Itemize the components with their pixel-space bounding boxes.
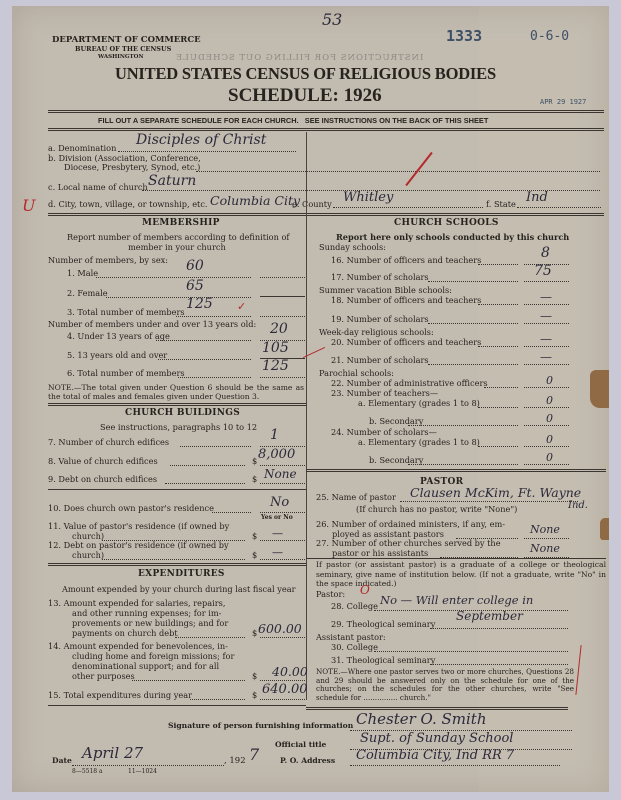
q24a-field[interactable]: 0 [546,433,553,446]
membership-note: NOTE.—The total given under Question 6 s… [48,383,304,401]
classification-code: 0-6-0 [530,29,569,44]
denomination-line [118,151,296,152]
dotted-leader [478,304,518,305]
paper-tear [590,370,609,408]
check-mark: ✓ [237,300,246,313]
membership-heading: MEMBERSHIP [142,218,220,228]
q14-label-4: other purposes [72,671,135,681]
received-date-stamp: APR 29 1927 [540,98,586,106]
answer-line [260,512,305,513]
document-title: UNITED STATES CENSUS OF RELIGIOUS BODIES [115,64,496,84]
dollar-sign: $ [252,531,257,541]
form-code: 8—5518 a [72,768,103,775]
q30-field[interactable] [374,651,568,652]
edifices-debt-label: 9. Debt on church edifices [48,474,157,484]
local-name-label: c. Local name of church [48,182,148,192]
dotted-leader [478,264,518,265]
q20-label: 20. Number of officers and teachers [331,337,481,347]
margin-mark: U [22,196,35,215]
dollar-sign: $ [252,671,257,681]
red-circle-mark: O [360,583,370,597]
dotted-leader [175,637,245,638]
dotted-leader [96,277,251,278]
under-13-field[interactable]: 20 [270,321,288,337]
q18-field[interactable]: — [540,290,552,304]
edifices-count-label: 7. Number of church edifices [48,437,169,447]
answer-line [524,281,569,282]
dotted-leader [180,446,251,447]
local-name-field[interactable]: Saturn [148,173,196,189]
dotted-leader [158,359,251,360]
city-label: d. City, town, village, or township, etc… [48,199,208,209]
dotted-leader [428,281,518,282]
schools-heading: CHURCH SCHOOLS [394,218,499,228]
divider [306,558,606,559]
divider [48,128,604,131]
division-field[interactable] [196,171,600,172]
q22-label: 22. Number of administrative officers [331,378,488,388]
bleed-through-text: INSTRUCTIONS FOR FILLING OUT SCHEDULE [175,53,423,63]
over-13-label: 5. 13 years old and over [67,350,167,360]
official-title-field[interactable]: Supt. of Sunday School [360,731,513,746]
q27-label: 27. Number of other churches served by t… [316,538,501,548]
q15-field[interactable]: 640.00 [262,682,308,697]
dotted-leader [478,407,518,408]
weekday-schools-label: Week-day religious schools: [319,327,434,337]
stamp-number: 1333 [446,27,482,45]
q27-field[interactable]: None [530,542,560,555]
total-members-age-field[interactable]: 125 [262,358,289,374]
owns-residence-field[interactable]: No [270,495,289,510]
answer-line [260,465,305,466]
answer-line [524,346,569,347]
year-field[interactable]: 7 [249,745,259,764]
q28-field[interactable]: No — Will enter college in [380,593,533,607]
residence-value-field[interactable]: — [272,527,283,540]
dotted-leader [478,346,518,347]
summer-schools-label: Summer vacation Bible schools: [319,285,452,295]
residence-debt-label: 12. Debt on pastor's residence (if owned… [48,540,229,550]
division-label-2: Diocese, Presbytery, Synod, etc.) [64,162,200,172]
answer-line [524,304,569,305]
answer-line [524,464,569,465]
dollar-sign: $ [252,456,257,466]
female-label: 2. Female [67,288,108,298]
male-label: 1. Male [67,268,98,278]
answer-line [524,323,569,324]
q28-label: 28. College [331,601,378,611]
residence-value-label: 11. Value of pastor's residence (if owne… [48,521,229,531]
edifices-count-field[interactable]: 1 [270,427,279,443]
q14-field[interactable]: 40.00 [272,664,308,679]
divider [48,563,306,566]
dotted-leader [170,465,245,466]
state-field[interactable]: Ind [526,190,548,205]
answer-line [524,364,569,365]
q14-label-2: cluding home and foreign missions; for [72,651,234,661]
answer-line [260,377,305,378]
q14-label: 14. Amount expended for benevolences, in… [48,641,228,651]
state-line [517,207,601,208]
total-members-field[interactable]: 125 [186,296,213,312]
q13-field[interactable]: 600.00 [258,621,302,636]
under-13-label: 4. Under 13 years of age [67,331,170,341]
q27-label-2: pastor or his assistants [332,548,428,558]
dotted-leader [484,387,518,388]
bureau-name: BUREAU OF THE CENSUS [75,45,171,53]
dotted-leader [190,699,245,700]
members-by-age-label: Number of members under and over 13 year… [48,319,256,329]
answer-line [260,699,305,700]
edifices-debt-field[interactable]: None [264,467,297,481]
signature-label: Signature of person furnishing informati… [168,721,353,730]
official-title-label: Official title [275,740,326,749]
denomination-field[interactable]: Disciples of Christ [136,132,266,148]
county-line [333,207,483,208]
print-code: 11—1024 [128,768,157,775]
dollar-sign: $ [252,690,257,700]
buildings-heading: CHURCH BUILDINGS [125,408,240,418]
dotted-leader [428,364,518,365]
q19-label: 19. Number of scholars [331,314,429,324]
year-prefix: , 192 [224,756,246,766]
q23-label: 23. Number of teachers— [331,388,438,398]
county-label: e. County [292,199,332,209]
answer-line [260,680,305,681]
residence-debt-label-2: church) [72,550,104,560]
dollar-sign: $ [252,550,257,560]
q15-label: 15. Total expenditures during year [48,690,192,700]
dotted-leader [400,501,578,502]
paper-tear [600,518,609,540]
dotted-leader [408,464,518,465]
dotted-leader [102,559,245,560]
dotted-leader [176,316,251,317]
answer-line [260,296,305,297]
membership-subtitle-2: member in your church [128,242,226,252]
dotted-leader [178,377,251,378]
residence-debt-field[interactable]: — [272,546,283,559]
dotted-leader [106,297,251,298]
po-address-label: P. O. Address [280,756,335,765]
answer-line [260,559,305,560]
answer-line [260,277,305,278]
q31-field[interactable] [430,664,568,665]
denomination-label: a. Denomination [48,143,116,153]
yes-no-hint: Yes or No [261,514,293,521]
answer-line [524,387,569,388]
q29-label: 29. Theological seminary [331,619,435,629]
q26-label: 26. Number of ordained ministers, if any… [316,519,505,529]
q18-label: 18. Number of officers and teachers [331,295,481,305]
q16-field[interactable]: 8 [541,245,550,261]
owns-residence-label: 10. Does church own pastor's residence [48,503,214,513]
q24-label: 24. Number of scholars— [331,427,437,437]
answer-line [260,483,305,484]
po-address-line [350,765,560,766]
pastor-name-field-2: Ind. [568,500,588,511]
q26-field[interactable]: None [530,523,560,536]
dotted-leader [132,680,245,681]
q16-label: 16. Number of officers and teachers [331,255,481,265]
female-field[interactable]: 65 [186,278,204,294]
male-field[interactable]: 60 [186,258,204,274]
column-divider [306,132,307,700]
divider [306,469,606,472]
q24a-label: a. Elementary (grades 1 to 8) [358,437,480,447]
total-members-age-label: 6. Total number of members [67,368,185,378]
answer-line [524,407,569,408]
document-subtitle: SCHEDULE: 1926 [228,85,382,107]
divider [48,705,306,706]
dotted-leader [408,425,518,426]
edifices-value-label: 8. Value of church edifices [48,456,158,466]
q23a-field[interactable]: 0 [546,394,553,407]
q17-field[interactable]: 75 [534,263,552,279]
date-line [72,765,224,766]
q24b-field[interactable]: 0 [546,451,553,464]
answer-line [260,637,305,638]
sunday-schools-label: Sunday schools: [319,242,386,252]
po-address-field[interactable]: Columbia City, Ind RR 7 [356,748,514,763]
dotted-leader [212,512,251,513]
total-members-label: 3. Total number of members [67,307,185,317]
q17-label: 17. Number of scholars [331,272,429,282]
state-label: f. State [486,199,516,209]
members-by-sex-label: Number of members, by sex: [48,255,168,265]
divider [48,213,604,216]
q20-field[interactable]: — [540,332,552,346]
answer-line [524,446,569,447]
q30-label: 30. College [331,642,378,652]
answer-line [260,540,305,541]
edifices-value-field[interactable]: 8,000 [258,447,295,462]
city-field[interactable]: Columbia City [210,193,300,208]
expenditures-heading: EXPENDITURES [138,569,225,579]
instruction-line: FILL OUT A SEPARATE SCHEDULE FOR EACH CH… [98,116,488,125]
dotted-leader [428,323,518,324]
divider [48,403,306,406]
dotted-leader [156,340,251,341]
assistant-pastor-subheading: Assistant pastor: [316,632,386,642]
answer-line [524,425,569,426]
divider [48,110,604,113]
q29-field[interactable]: September [456,609,523,623]
answer-line [260,316,305,317]
dotted-leader [165,483,245,484]
date-label: Date [52,756,72,765]
q22-field[interactable]: 0 [546,374,553,387]
signature-field[interactable]: Chester O. Smith [356,710,487,728]
dotted-leader [478,446,518,447]
dotted-leader [430,628,568,629]
q13-label-4: payments on church debt [72,628,178,638]
q13-label: 13. Amount expended for salaries, repair… [48,598,225,608]
q31-label: 31. Theological seminary [331,655,435,665]
dollar-sign: $ [252,474,257,484]
q13-label-2: and other running expenses; for im- [72,608,221,618]
pastor-name-field[interactable]: Clausen McKim, Ft. Wayne [410,485,581,500]
pastor-name-label: 25. Name of pastor [316,492,396,502]
date-field[interactable]: April 27 [82,744,143,762]
q23a-label: a. Elementary (grades 1 to 8) [358,398,480,408]
membership-subtitle: Report number of members according to de… [67,232,289,242]
department-name: DEPARTMENT OF COMMERCE [52,35,201,45]
divider [48,489,306,490]
parochial-schools-label: Parochial schools: [319,368,394,378]
q21-field[interactable]: — [540,350,552,364]
q19-field[interactable]: — [540,309,552,323]
over-13-field[interactable]: 105 [262,340,289,356]
answer-line [524,538,569,539]
city-name: WASHINGTON [98,54,143,60]
pastor-subheading: Pastor: [316,589,345,599]
schools-subtitle: Report here only schools conducted by th… [336,232,569,242]
expenditures-subtitle: Amount expended by your church during la… [62,584,296,594]
buildings-subtitle: See instructions, paragraphs 10 to 12 [100,422,257,432]
handwritten-page-number: 53 [322,10,342,29]
q13-label-3: provements or new buildings; and for [72,618,228,628]
q23b-field[interactable]: 0 [546,412,553,425]
pastor-note: NOTE.—Where one pastor serves two or mor… [316,668,574,702]
pastor-name-hint: (If church has no pastor, write "None") [356,504,517,514]
q14-label-3: denominational support; and for all [72,661,219,671]
q21-label: 21. Number of scholars [331,355,429,365]
county-field[interactable]: Whitley [343,190,393,205]
dollar-sign: $ [252,628,257,638]
